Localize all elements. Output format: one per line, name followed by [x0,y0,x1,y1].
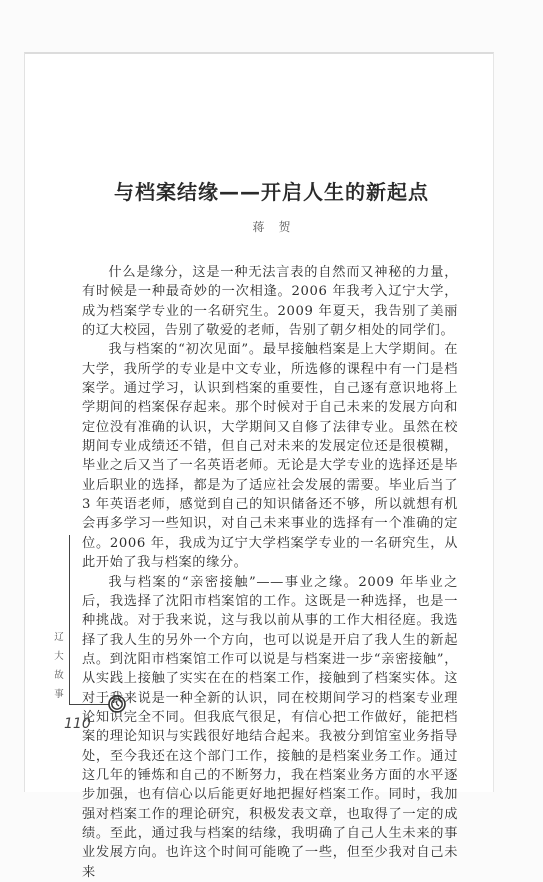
column-label-char: 辽 [52,628,66,647]
column-label-char: 故 [52,666,66,685]
paragraph: 什么是缘分，这是一种无法言表的自然而又神秘的力量，有时候是一种最奇妙的一次相逢。… [82,263,458,340]
article-author: 蒋贺 [0,218,543,235]
article-body: 什么是缘分，这是一种无法言表的自然而又神秘的力量，有时候是一种最奇妙的一次相逢。… [82,263,458,768]
page-number: 110 [64,716,91,732]
margin-rule-horizontal [69,704,109,705]
margin-rule-vertical [69,535,70,705]
column-label: 辽 大 故 事 [52,628,66,704]
paragraph: 我与档案的“亲密接触”——事业之缘。2009 年毕业之后，我选择了沈阳市档案馆的… [82,573,458,769]
column-label-char: 事 [52,685,66,704]
column-label-char: 大 [52,647,66,666]
circular-emblem-icon [108,695,126,713]
paragraph: 我与档案的“初次见面”。最早接触档案是上大学期间。在大学，我所学的专业是中文专业… [82,340,458,572]
article-title: 与档案结缘——开启人生的新起点 [0,180,543,204]
